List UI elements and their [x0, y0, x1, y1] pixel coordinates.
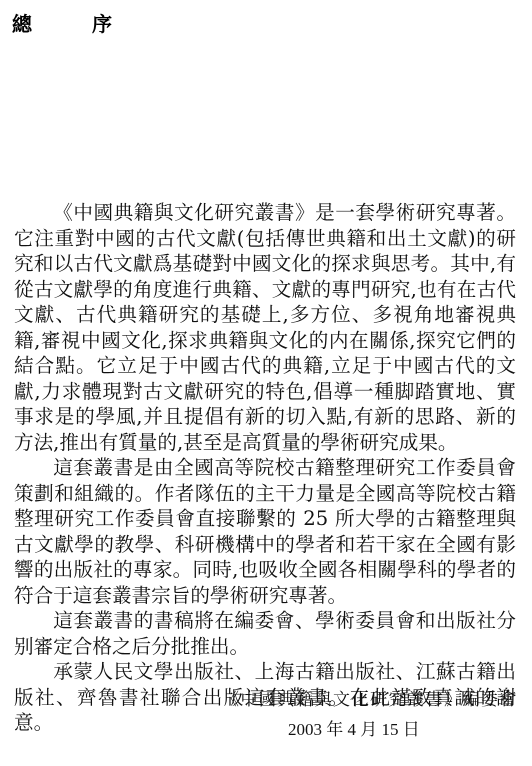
preface-body: 《中國典籍與文化研究叢書》是一套學術研究專著。它注重對中國的古代文獻(包括傳世典… — [14, 200, 516, 736]
date: 2003 年 4 月 15 日 — [288, 718, 420, 742]
page-title: 總 序 — [12, 12, 112, 36]
paragraph-2: 這套叢書是由全國高等院校古籍整理研究工作委員會策劃和組織的。作者隊伍的主干力量是… — [14, 455, 516, 608]
paragraph-3: 這套叢書的書稿將在編委會、學術委員會和出版社分别審定合格之后分批推出。 — [14, 608, 516, 659]
signature: 《中國典籍與文化研究叢書》編委會 — [222, 688, 518, 712]
paragraph-1: 《中國典籍與文化研究叢書》是一套學術研究專著。它注重對中國的古代文獻(包括傳世典… — [14, 200, 516, 455]
